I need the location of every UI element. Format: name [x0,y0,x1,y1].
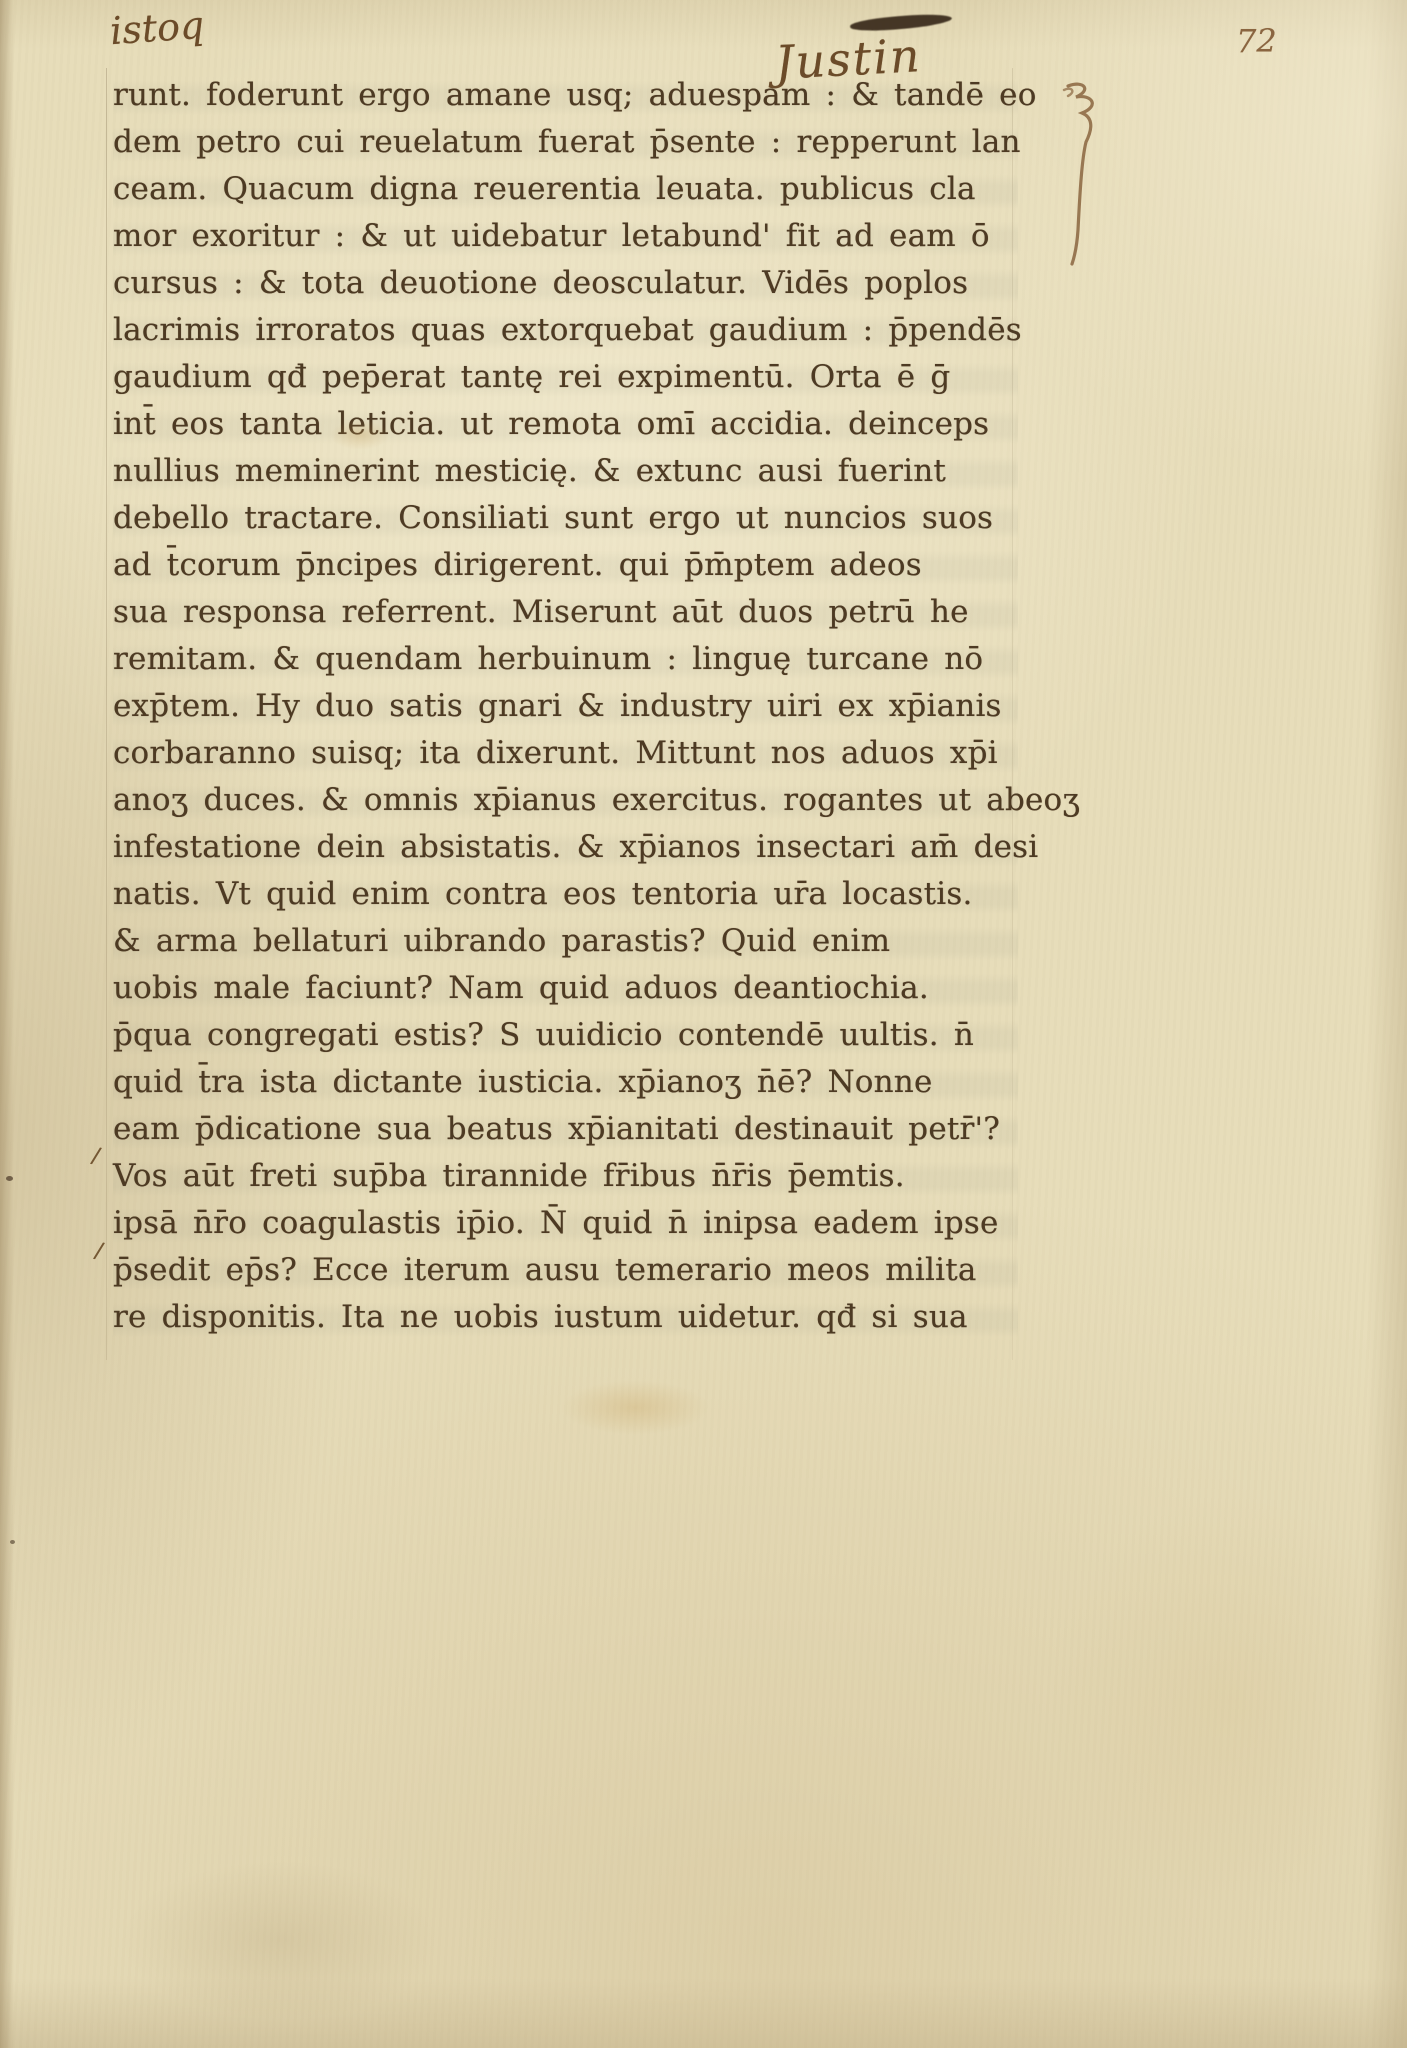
manuscript-line: int̄ eos tanta leticia. ut remota omī ac… [113,401,1018,448]
header-annotation-left: istoq [109,3,206,53]
manuscript-line: nullius meminerint mesticię. & extunc au… [113,448,1018,495]
manuscript-page: istoq Justin 72 ∕∕ ∕∕ runt. foderunt erg… [0,0,1407,2048]
ruling-line-left [106,68,107,1360]
manuscript-line: remitam. & quendam herbuinum : linguę tu… [113,636,1018,683]
text-block: runt. foderunt ergo amane usq; aduespam … [113,72,1018,1341]
manuscript-line: infestatione dein absistatis. & xp̄ianos… [113,824,1018,871]
manuscript-line: re disponitis. Ita ne uobis iustum uidet… [113,1294,1018,1341]
manuscript-line: quid t̄ra ista dictante iusticia. xp̄ian… [113,1059,1018,1106]
manuscript-line: exp̄tem. Hy duo satis gnari & industry u… [113,683,1018,730]
ink-fleck [6,1176,13,1181]
manuscript-line: p̄sedit ep̄s? Ecce iterum ausu temerario… [113,1247,1018,1294]
manuscript-line: lacrimis irroratos quas extorquebat gaud… [113,307,1018,354]
manuscript-line: dem petro cui reuelatum fuerat p̄sente :… [113,119,1018,166]
margin-pen-mark-icon [1058,80,1106,270]
manuscript-line: ipsā n̄r̄o coagulastis ip̄io. N̄ quid n̄… [113,1200,1018,1247]
folio-number: 72 [1236,22,1277,60]
manuscript-line: runt. foderunt ergo amane usq; aduespam … [113,72,1018,119]
manuscript-line: Vos aūt freti sup̄ba tirannide fr̄ibus n… [113,1153,1018,1200]
manuscript-line: debello tractare. Consiliati sunt ergo u… [113,495,1018,542]
insertion-mark: ∕∕ [89,1143,96,1167]
manuscript-line: cursus : & tota deuotione deosculatur. V… [113,260,1018,307]
ink-fleck [10,1540,15,1544]
manuscript-line: natis. Vt quid enim contra eos tentoria … [113,871,1018,918]
manuscript-line: gaudium qđ pep̄erat tantę rei expimentū.… [113,354,1018,401]
manuscript-line: uobis male faciunt? Nam quid aduos deant… [113,965,1018,1012]
manuscript-line: & arma bellaturi uibrando parastis? Quid… [113,918,1018,965]
manuscript-line: corbaranno suisq; ita dixerunt. Mittunt … [113,730,1018,777]
manuscript-line: mor exoritur : & ut uidebatur letabund' … [113,213,1018,260]
manuscript-line: eam p̄dicatione sua beatus xp̄ianitati d… [113,1106,1018,1153]
insertion-mark: ∕∕ [92,1238,99,1262]
parchment-stain [120,1860,440,2020]
manuscript-line: sua responsa referrent. Miserunt aūt duo… [113,589,1018,636]
manuscript-line: ad t̄corum p̄ncipes dirigerent. qui p̄m̄… [113,542,1018,589]
manuscript-line: anoʒ duces. & omnis xp̄ianus exercitus. … [113,777,1018,824]
parchment-stain [560,1380,710,1435]
manuscript-line: ceam. Quacum digna reuerentia leuata. pu… [113,166,1018,213]
parchment-stain [1050,1500,1407,1900]
manuscript-line: p̄qua congregati estis? S uuidicio conte… [113,1012,1018,1059]
